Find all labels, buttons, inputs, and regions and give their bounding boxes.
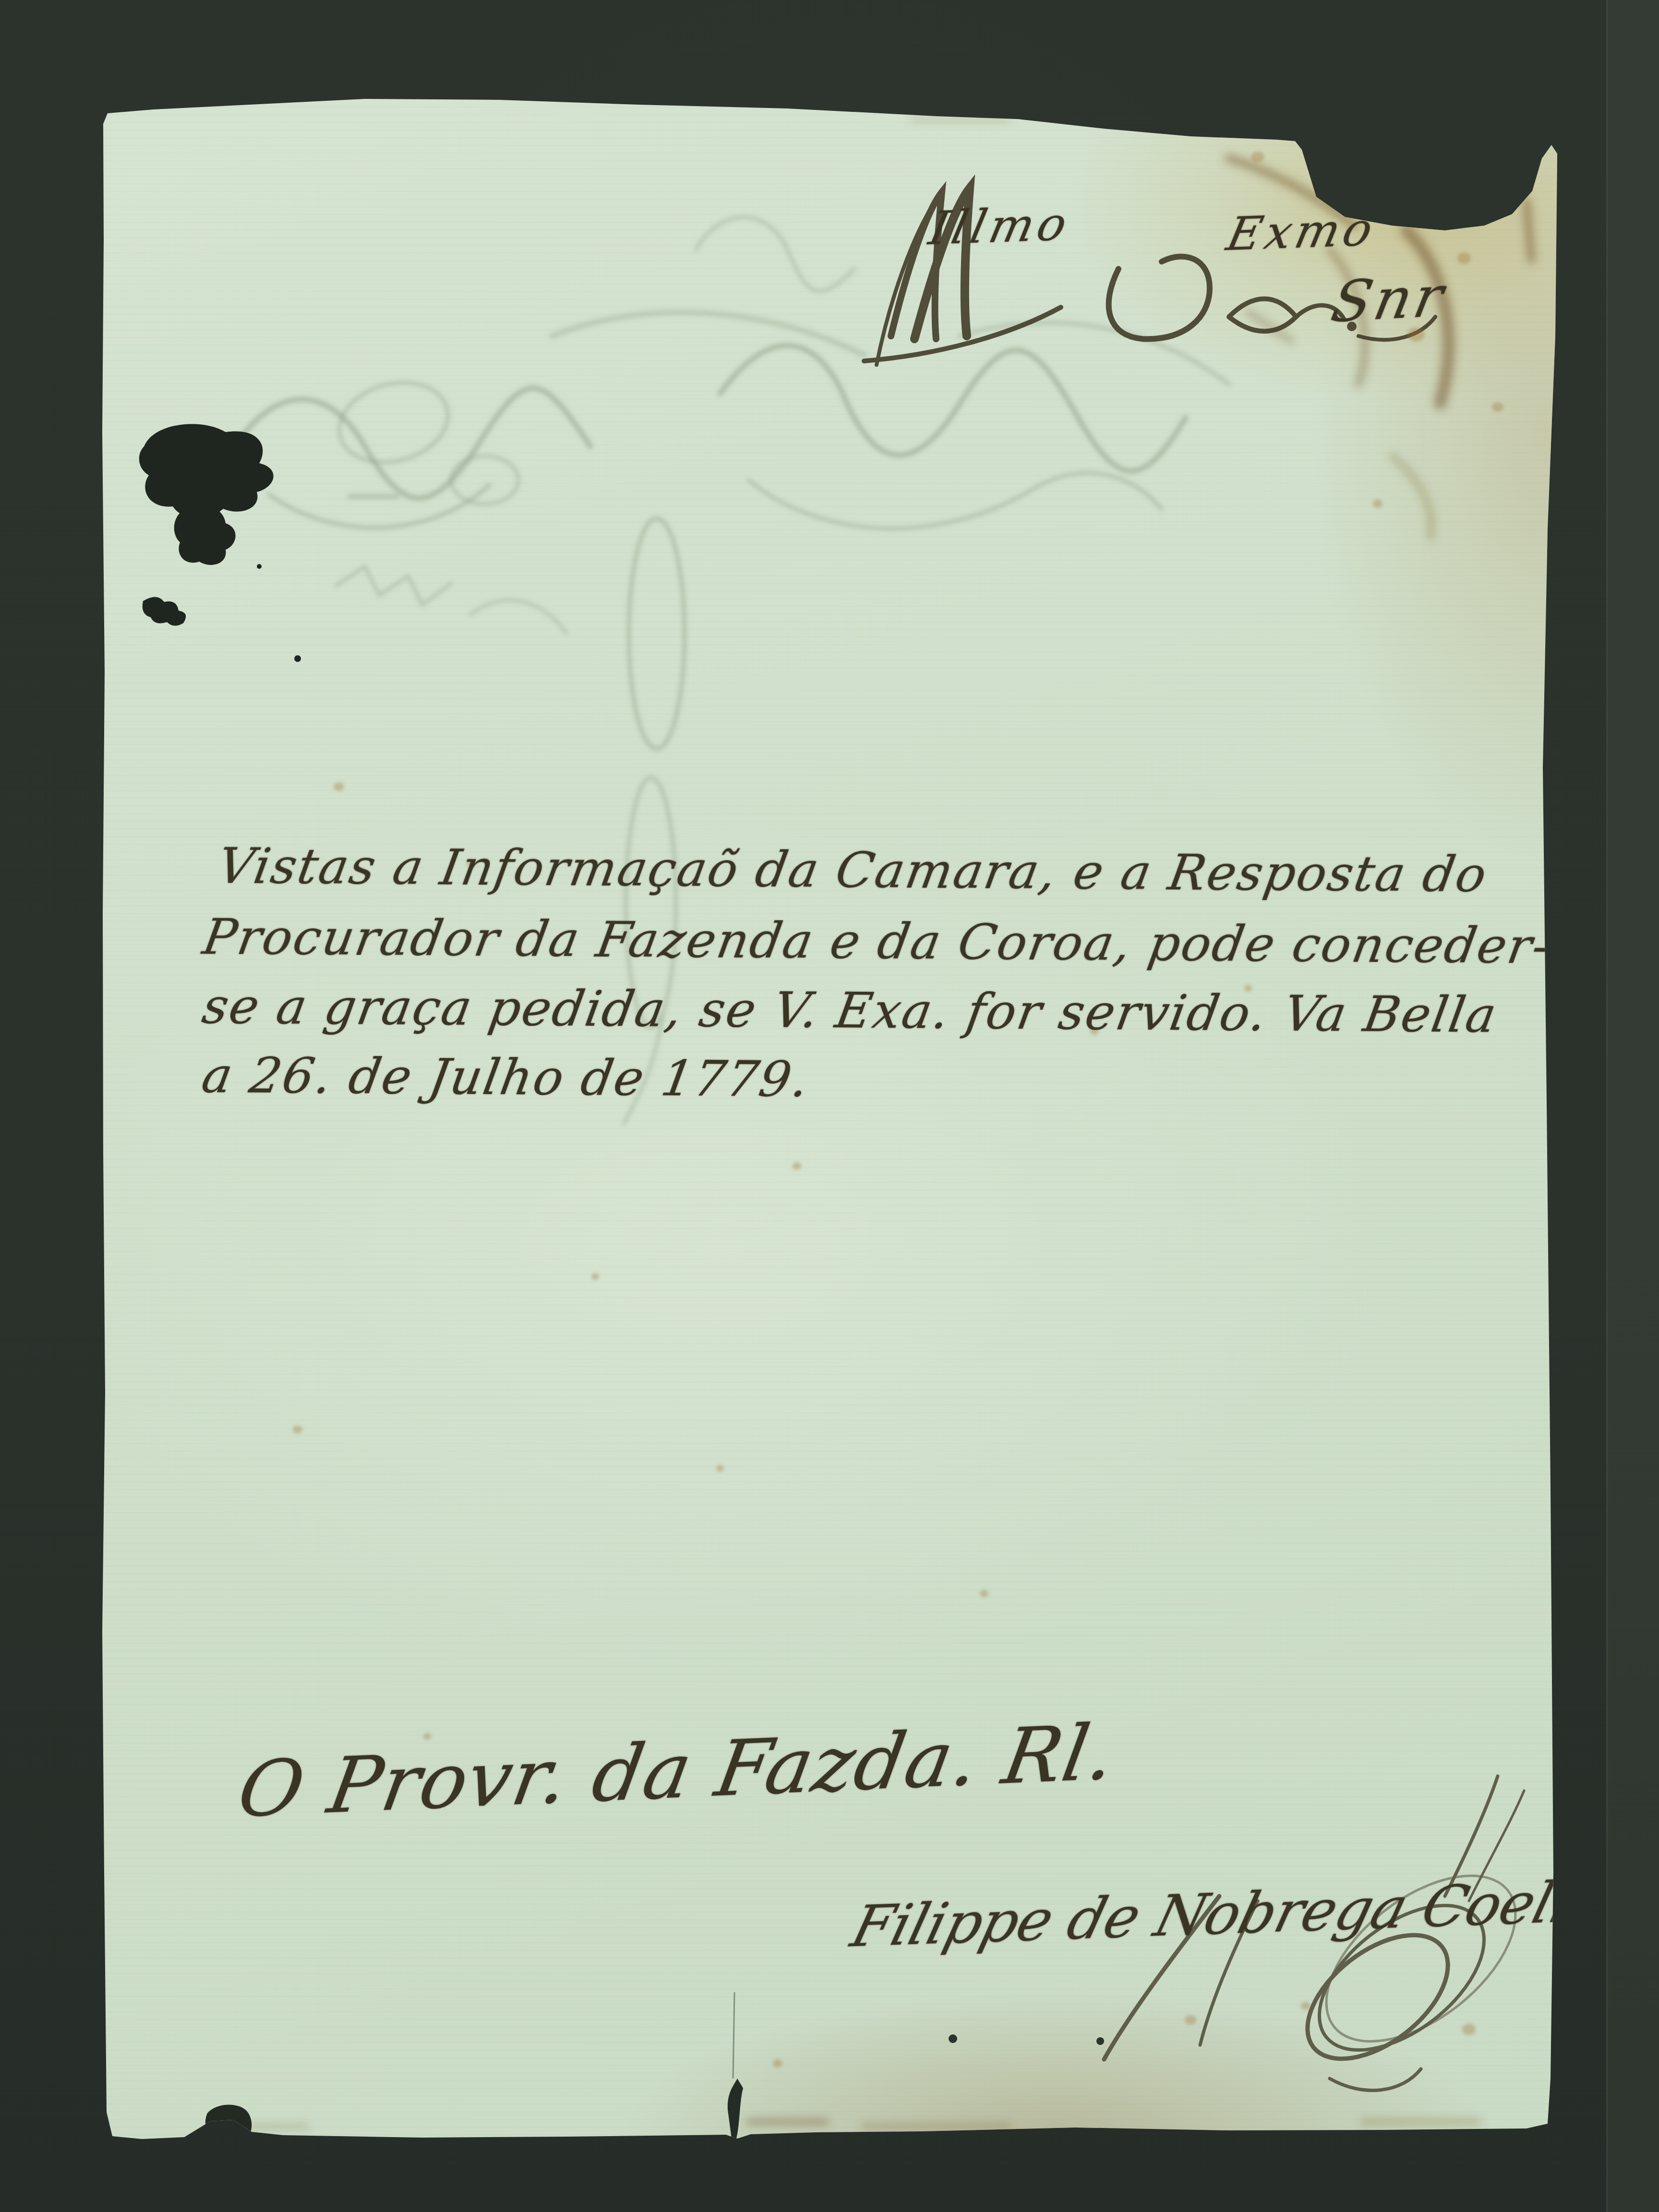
- backdrop-right-strip: [1608, 0, 1659, 2212]
- salutation-abbr-snr: Snr: [1326, 263, 1452, 335]
- backdrop-fold-line: [1606, 0, 1608, 2212]
- bottom-tear: [205, 1992, 1104, 2140]
- fox-spot: [1301, 2002, 1310, 2010]
- fox-spot: [591, 1273, 599, 1280]
- fox-spot: [980, 1590, 988, 1597]
- salutation-abbr-illmo: Illmo: [925, 197, 1075, 255]
- photo-backdrop: Illmo Exmo Snr Vistas a Informaçaõ da Ca…: [0, 0, 1659, 2212]
- fox-spot: [1462, 2024, 1476, 2035]
- manuscript-page: Illmo Exmo Snr Vistas a Informaçaõ da Ca…: [0, 0, 1659, 2212]
- ink-holes: [139, 424, 301, 662]
- office-line: O Provr. da Fazda. Rl.: [232, 1707, 1122, 1835]
- fox-spot: [793, 1162, 801, 1170]
- body-line: Vistas a Informaçaõ da Camara, e a Respo…: [214, 838, 1491, 903]
- fox-spot: [1320, 139, 1330, 148]
- fox-spot: [1492, 402, 1503, 412]
- salutation-abbr-exmo: Exmo: [1222, 202, 1382, 261]
- fox-spot: [1373, 499, 1382, 508]
- body-line: a 26. de Julho de 1779.: [198, 1047, 814, 1108]
- stain-marks: [250, 120, 1531, 2127]
- fox-spot: [293, 1426, 302, 1433]
- fox-spot: [1251, 152, 1264, 162]
- body-line: se a graça pedida, se V. Exa. for servid…: [198, 978, 1502, 1044]
- signature-text: Filippe de Nobrega Coelho: [845, 1867, 1630, 1960]
- fox-spot: [716, 1465, 724, 1472]
- fox-spot: [773, 2059, 782, 2068]
- body-line: Procurador da Fazenda e da Coroa, pode c…: [199, 909, 1555, 975]
- fox-spot: [1185, 2015, 1196, 2025]
- fox-spot: [1457, 252, 1471, 264]
- fox-spot: [334, 782, 344, 791]
